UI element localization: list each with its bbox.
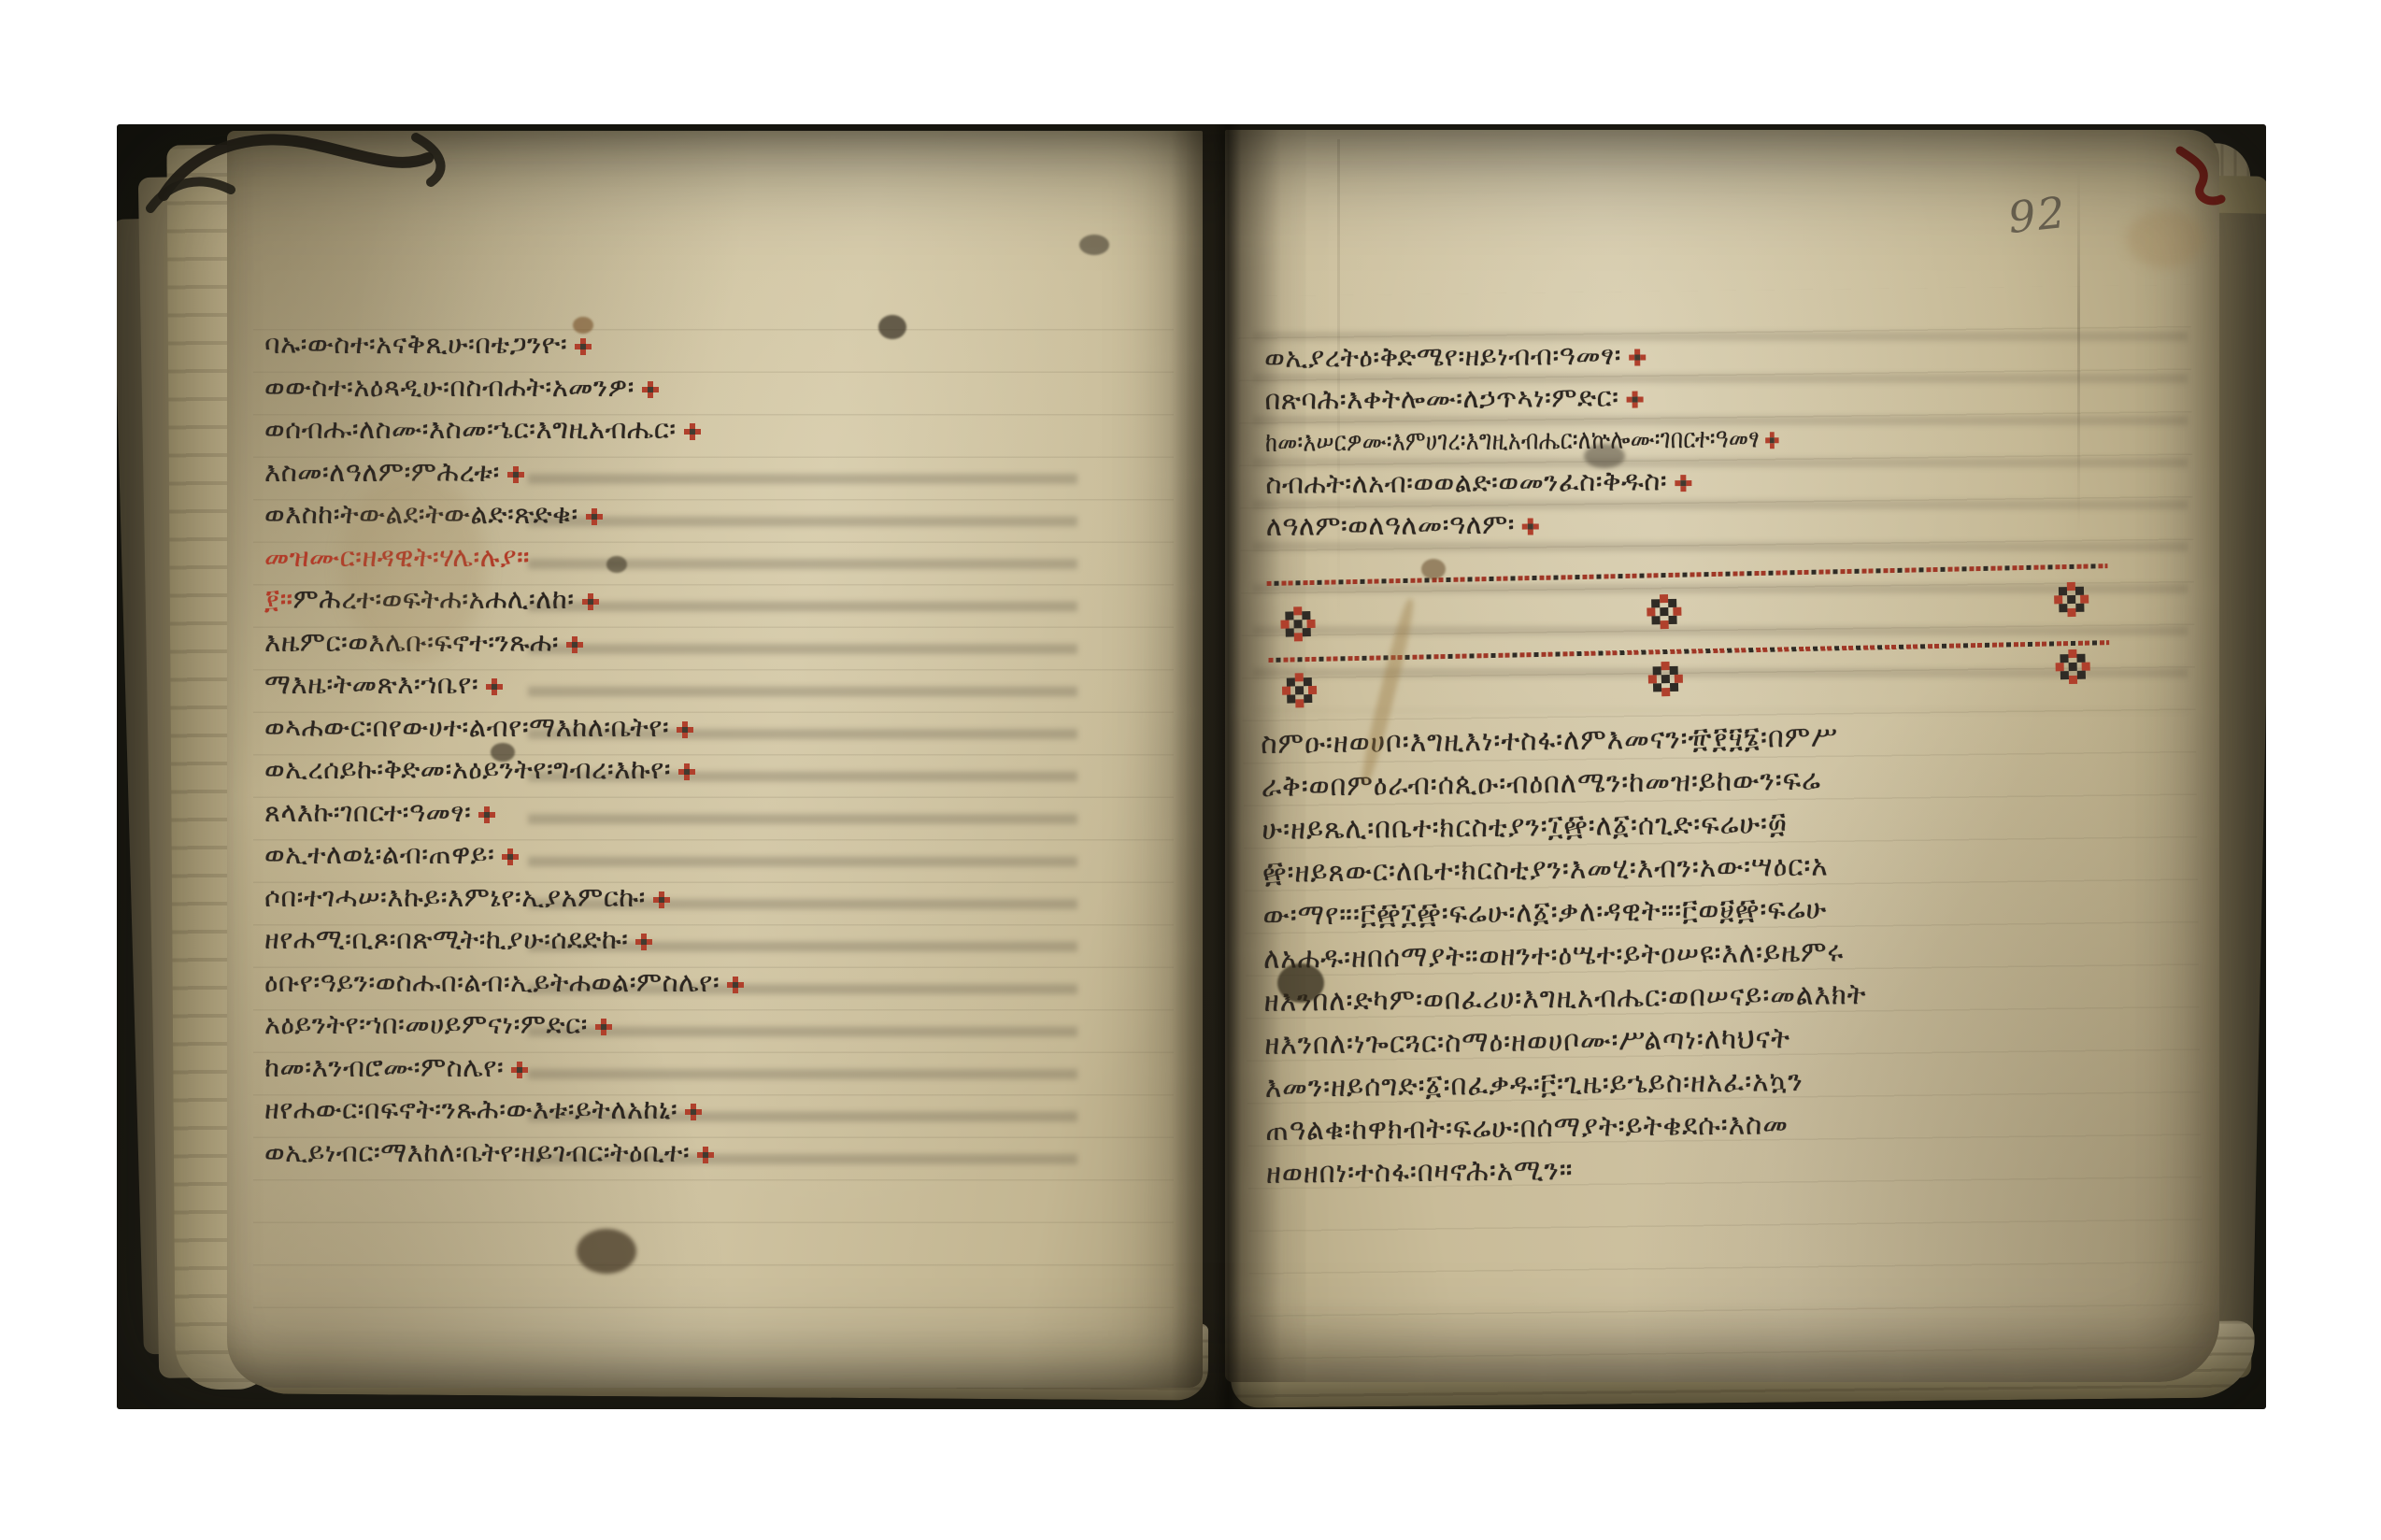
line-end-cross-icon xyxy=(684,769,690,775)
page-crease xyxy=(2077,167,2080,534)
line-text: ወኢረሰይኩ፡ቅድመ፡አዕይንትየ፡ግብረ፡እኩየ፡ xyxy=(264,753,671,785)
line-text: ሁ፡ዘይጼሊ፡በቤተ፡ክርስቲያን፡፲፼፡ለ፩፡ሰጊድ፡ፍሬሁ፡፴ xyxy=(1262,806,1788,847)
manuscript-text-line: ለአሐዱ፡ዘበሰማያት።ወዘንተ፡ዕሤተ፡ይትዐሠዩ፡እለ፡ይዜምሩ xyxy=(1263,930,1866,980)
line-end-cross-icon xyxy=(659,897,664,903)
checker-cross-icon xyxy=(2067,595,2075,604)
line-end-cross-icon xyxy=(484,812,490,818)
line-text: አዕይንትየ፡ኀበ፡መሀይምናነ፡ምድር፡ xyxy=(264,1008,588,1040)
line-end-cross-icon xyxy=(492,684,497,690)
line-text: ወኢይነብር፡ማእከለ፡ቤትየ፡ዘይገብር፡ትዕቢተ፡ xyxy=(264,1136,690,1168)
line-end-cross-icon xyxy=(1680,480,1686,486)
line-text: ወኣሐውር፡በየውሀተ፡ልብየ፡ማእከለ፡ቤትየ፡ xyxy=(264,711,669,743)
manuscript-text-line: ሶበ፡ተገሓሠ፡እኩይ፡እምኔየ፡ኢያአምርኩ፡ xyxy=(264,877,738,920)
manuscript-text-line: ወኢያረትዕ፡ቅድሜየ፡ዘይነብብ፡ዓመፃ፡ xyxy=(1264,332,1902,379)
line-text: ማእዜ፡ትመጽእ፡ኀቤየ፡ xyxy=(264,668,478,700)
left-page: ባኡ፡ውስተ፡አናቅጺሁ፡በቴጋንዮ፡ወውስተ፡አዕጻዲሁ፡በስብሐት፡አመንዎ… xyxy=(227,131,1203,1388)
manuscript-text-line: ወኢረሰይኩ፡ቅድመ፡አዕይንትየ፡ግብረ፡እኩየ፡ xyxy=(264,749,738,791)
manuscript-text-line: እዜምር፡ወእሌቡ፡ፍኖተ፡ንጹሐ፡ xyxy=(264,621,738,664)
line-end-cross-icon xyxy=(507,854,513,860)
line-text: እመን፡ዘይሰግድ፡፩፡በፈቃዱ፡፫፡ጊዜ፡ይኄይስ፡ዘአፈ፡አኳን xyxy=(1265,1064,1804,1105)
line-text: ስምዑ፡ዘወሀቦ፡እግዚእነ፡ተስፋ፡ለምእመናን፡፹፻፶፮፡በምሥ xyxy=(1261,720,1838,761)
line-text: ዕቡየ፡ዓይን፡ወስሑበ፡ልብ፡ኢይትሐወል፡ምስሌየ፡ xyxy=(264,966,720,998)
line-text: እዜምር፡ወእሌቡ፡ፍኖተ፡ንጹሐ፡ xyxy=(264,626,559,658)
line-end-cross-icon xyxy=(641,939,647,945)
line-end-cross-icon xyxy=(1634,354,1640,360)
dotted-divider-line xyxy=(1267,563,2108,586)
manuscript-text-line: ስምዑ፡ዘወሀቦ፡እግዚእነ፡ተስፋ፡ለምእመናን፡፹፻፶፮፡በምሥ xyxy=(1261,715,1863,765)
manuscript-text-line: እመን፡ዘይሰግድ፡፩፡በፈቃዱ፡፫፡ጊዜ፡ይኄይስ፡ዘአፈ፡አኳን xyxy=(1264,1059,1867,1109)
manuscript-text-line: ዘእንበለ፡ድካም፡ወበፈሪሀ፡እግዚአብሔር፡ወበሠናይ፡መልእክት xyxy=(1263,973,1866,1023)
checker-cross-icon xyxy=(1660,607,1668,616)
page-number: 92 xyxy=(2005,187,2069,243)
manuscript-text-line: ሁ፡ዘይጼሊ፡በቤተ፡ክርስቲያን፡፲፼፡ለ፩፡ሰጊድ፡ፍሬሁ፡፴ xyxy=(1262,801,1864,851)
manuscript-text-line: ከመ፡እሠርዎሙ፡እምሀገረ፡እግዚአብሔር፡ለኵሎሙ፡ገበርተ፡ዓመፃ xyxy=(1265,417,1775,463)
line-end-cross-icon xyxy=(648,387,653,392)
left-page-text: ባኡ፡ውስተ፡አናቅጺሁ፡በቴጋንዮ፡ወውስተ፡አዕጻዲሁ፡በስብሐት፡አመንዎ… xyxy=(264,323,738,1174)
line-text: ጠዓልቁ፡ከዋክብት፡ፍሬሁ፡በሰማያት፡ይትቄደሱ፡እስመ xyxy=(1265,1107,1789,1148)
line-text: ከመ፡እንብሮሙ፡ምስሌየ፡ xyxy=(264,1051,504,1083)
manuscript-text-line: ስብሐት፡ለአብ፡ወወልድ፡ወመንፈስ፡ቅዱስ፡ xyxy=(1265,458,1903,506)
manuscript-text-line: ው፡ማየ።፡፫፼፲፼፡ፍሬሁ፡ለ፩፡ቃለ፡ዳዊት።፡፫ወ፱፼፡ፍሬሁ xyxy=(1262,887,1865,937)
line-end-cross-icon xyxy=(517,1067,522,1073)
right-page-homily-text: ስምዑ፡ዘወሀቦ፡እግዚእነ፡ተስፋ፡ለምእመናን፡፹፻፶፮፡በምሥራቅ፡ወበም… xyxy=(1261,715,1901,1195)
line-text: ወኢያረትዕ፡ቅድሜየ፡ዘይነብብ፡ዓመፃ፡ xyxy=(1264,339,1621,374)
manuscript-text-line: ፼፡ዘይጸውር፡ለቤተ፡ክርስቲያን፡እመሂ፡እብን፡አው፡ሣዕር፡አ xyxy=(1262,844,1865,894)
line-end-cross-icon xyxy=(690,429,695,435)
manuscript-text-line: ባኡ፡ውስተ፡አናቅጺሁ፡በቴጋንዮ፡ xyxy=(264,323,738,366)
manuscript-text-line: ጠዓልቁ፡ከዋክብት፡ፍሬሁ፡በሰማያት፡ይትቄደሱ፡እስመ xyxy=(1265,1102,1868,1152)
line-text: ራቅ፡ወበምዕራብ፡ሰጲዑ፡ብዕበለሜን፡ከመዝ፡ይከውን፡ፍሬ xyxy=(1262,763,1821,804)
manuscript-text-line: አዕይንትየ፡ኀበ፡መሀይምናነ፡ምድር፡ xyxy=(264,1004,738,1047)
manuscript-text-line: ወውስተ፡አዕጻዲሁ፡በስብሐት፡አመንዎ፡ xyxy=(264,366,738,409)
line-end-cross-icon xyxy=(691,1109,696,1115)
manuscript-text-line: ራቅ፡ወበምዕራብ፡ሰጲዑ፡ብዕበለሜን፡ከመዝ፡ይከውን፡ፍሬ xyxy=(1262,758,1864,808)
line-end-cross-icon xyxy=(1632,397,1637,403)
manuscript-text-line: ዘየሐውር፡በፍኖት፡ንጹሕ፡ውእቱ፡ይትለአከኒ፡ xyxy=(264,1089,738,1132)
line-end-cross-icon xyxy=(572,642,577,648)
line-end-cross-icon xyxy=(682,727,688,733)
manuscript-text-line: ወኢተለወኒ፡ልብ፡ጠዋይ፡ xyxy=(264,834,738,877)
line-text: ባኡ፡ውስተ፡አናቅጺሁ፡በቴጋንዮ፡ xyxy=(264,328,567,360)
manuscript-text-line: ወሰብሑ፡ለስሙ፡እስመ፡ኄር፡እግዚአብሔር፡ xyxy=(264,408,738,451)
right-page-psalm-text: ወኢያረትዕ፡ቅድሜየ፡ዘይነብብ፡ዓመፃ፡በጽባሕ፡እቀትሎሙ፡ለኃጥኣነ፡ም… xyxy=(1264,332,1903,548)
line-end-cross-icon xyxy=(592,514,597,520)
manuscript-text-line: ከመ፡እንብሮሙ፡ምስሌየ፡ xyxy=(264,1047,738,1090)
manuscript-text-line: ለዓለም፡ወለዓለመ፡ዓለም፡ xyxy=(1266,500,1903,548)
line-end-cross-icon xyxy=(580,344,586,349)
manuscript-text-line: ወኢይነብር፡ማእከለ፡ቤትየ፡ዘይገብር፡ትዕቢተ፡ xyxy=(264,1132,738,1175)
manuscript-text-line: ወእስከ፡ትውልደ፡ትውልድ፡ጽድቁ፡ xyxy=(264,493,738,536)
line-text: እስመ፡ለዓለም፡ምሕረቱ፡ xyxy=(264,456,500,488)
dotted-divider-line xyxy=(1268,640,2109,663)
line-text: ዘእንበለ፡ነጐርጓር፡ስማዕ፡ዘወሀቦሙ፡ሥልጣነ፡ለካህናት xyxy=(1264,1021,1790,1062)
line-end-cross-icon xyxy=(513,472,519,478)
line-text: ወሰብሑ፡ለስሙ፡እስመ፡ኄር፡እግዚአብሔር፡ xyxy=(264,413,677,445)
binding-thread-icon xyxy=(143,124,545,219)
line-text: ወእስከ፡ትውልደ፡ትውልድ፡ጽድቁ፡ xyxy=(264,498,578,530)
manuscript-text-line: ዘወዘበነ፡ተስፋ፡በዛኖሕ፡አሚን። xyxy=(1266,1145,1869,1195)
line-text: ዘየሐውር፡በፍኖት፡ንጹሕ፡ውእቱ፡ይትለአከኒ፡ xyxy=(264,1093,677,1125)
line-text: ዘእንበለ፡ድካም፡ወበፈሪሀ፡እግዚአብሔር፡ወበሠናይ፡መልእክት xyxy=(1263,977,1866,1019)
right-page: 92 ወኢያረትዕ፡ቅድሜየ፡ዘይነብብ፡ዓመፃ፡በጽባሕ፡እቀትሎሙ፡ለኃጥኣ… xyxy=(1225,130,2219,1382)
checker-cross-icon xyxy=(2069,663,2077,671)
line-text: ለዓለም፡ወለዓለመ፡ዓለም፡ xyxy=(1266,508,1516,542)
line-end-cross-icon xyxy=(1770,437,1775,443)
line-text: ሶበ፡ተገሓሠ፡እኩይ፡እምኔየ፡ኢያአምርኩ፡ xyxy=(264,881,646,913)
line-text: ከመ፡እሠርዎሙ፡እምሀገረ፡እግዚአብሔር፡ለኵሎሙ፡ገበርተ፡ዓመፃ xyxy=(1265,421,1760,458)
line-text: በጽባሕ፡እቀትሎሙ፡ለኃጥኣነ፡ምድር፡ xyxy=(1264,381,1618,416)
line-end-cross-icon xyxy=(601,1024,606,1030)
line-text: ምሕረተ፡ወፍትሐ፡አሐሊ፡ለከ፡ xyxy=(293,583,575,615)
line-text: ዘየሐሚ፡ቢጾ፡በጽሚት፡ኪያሁ፡ሰደድኩ፡ xyxy=(264,923,628,955)
manuscript-text-line: ዘእንበለ፡ነጐርጓር፡ስማዕ፡ዘወሀቦሙ፡ሥልጣነ፡ለካህናት xyxy=(1264,1016,1867,1066)
line-end-cross-icon xyxy=(588,599,593,605)
line-end-cross-icon xyxy=(733,982,738,988)
line-end-cross-icon xyxy=(703,1152,708,1158)
line-text: ወኢተለወኒ፡ልብ፡ጠዋይ፡ xyxy=(264,838,494,870)
line-text: ው፡ማየ።፡፫፼፲፼፡ፍሬሁ፡ለ፩፡ቃለ፡ዳዊት።፡፫ወ፱፼፡ፍሬሁ xyxy=(1262,892,1827,933)
manuscript-text-line: ፻።ምሕረተ፡ወፍትሐ፡አሐሊ፡ለከ፡ xyxy=(264,578,738,621)
red-thread-icon xyxy=(2169,145,2234,221)
section-divider xyxy=(1266,551,2110,719)
line-text: ጸላእኩ፡ገበርተ፡ዓመፃ፡ xyxy=(264,796,471,828)
manuscript-text-line: ዕቡየ፡ዓይን፡ወስሑበ፡ልብ፡ኢይትሐወል፡ምስሌየ፡ xyxy=(264,962,738,1005)
checker-cross-icon xyxy=(1293,620,1302,628)
line-text: መዝሙር፡ዘዳዊት፡ሃሌ፡ሉያ። xyxy=(264,541,530,573)
rubric-numeral: ፻። xyxy=(264,583,293,615)
manuscript-text-line: በጽባሕ፡እቀትሎሙ፡ለኃጥኣነ፡ምድር፡ xyxy=(1264,374,1902,421)
manuscript-text-line: ጸላእኩ፡ገበርተ፡ዓመፃ፡ xyxy=(264,791,738,834)
manuscript-text-line: ዘየሐሚ፡ቢጾ፡በጽሚት፡ኪያሁ፡ሰደድኩ፡ xyxy=(264,919,738,962)
line-text: ፼፡ዘይጸውር፡ለቤተ፡ክርስቲያን፡እመሂ፡እብን፡አው፡ሣዕር፡አ xyxy=(1262,849,1829,890)
line-text: ዘወዘበነ፡ተስፋ፡በዛኖሕ፡አሚን። xyxy=(1266,1153,1574,1191)
manuscript-photo: ባኡ፡ውስተ፡አናቅጺሁ፡በቴጋንዮ፡ወውስተ፡አዕጻዲሁ፡በስብሐት፡አመንዎ… xyxy=(117,124,2266,1409)
line-text: ወውስተ፡አዕጻዲሁ፡በስብሐት፡አመንዎ፡ xyxy=(264,371,634,403)
manuscript-text-line: መዝሙር፡ዘዳዊት፡ሃሌ፡ሉያ። xyxy=(264,536,738,579)
manuscript-text-line: ማእዜ፡ትመጽእ፡ኀቤየ፡ xyxy=(264,663,738,706)
manuscript-text-line: እስመ፡ለዓለም፡ምሕረቱ፡ xyxy=(264,451,738,494)
checker-cross-icon xyxy=(1661,675,1670,683)
line-text: ለአሐዱ፡ዘበሰማያት።ወዘንተ፡ዕሤተ፡ይትዐሠዩ፡እለ፡ይዜምሩ xyxy=(1263,934,1845,976)
checker-cross-icon xyxy=(1295,686,1304,694)
manuscript-text-line: ወኣሐውር፡በየውሀተ፡ልብየ፡ማእከለ፡ቤትየ፡ xyxy=(264,706,738,749)
line-text: ስብሐት፡ለአብ፡ወወልድ፡ወመንፈስ፡ቅዱስ፡ xyxy=(1265,464,1667,500)
line-end-cross-icon xyxy=(1528,523,1533,529)
scan-background: ባኡ፡ውስተ፡አናቅጺሁ፡በቴጋንዮ፡ወውስተ፡አዕጻዲሁ፡በስብሐት፡አመንዎ… xyxy=(0,0,2381,1540)
